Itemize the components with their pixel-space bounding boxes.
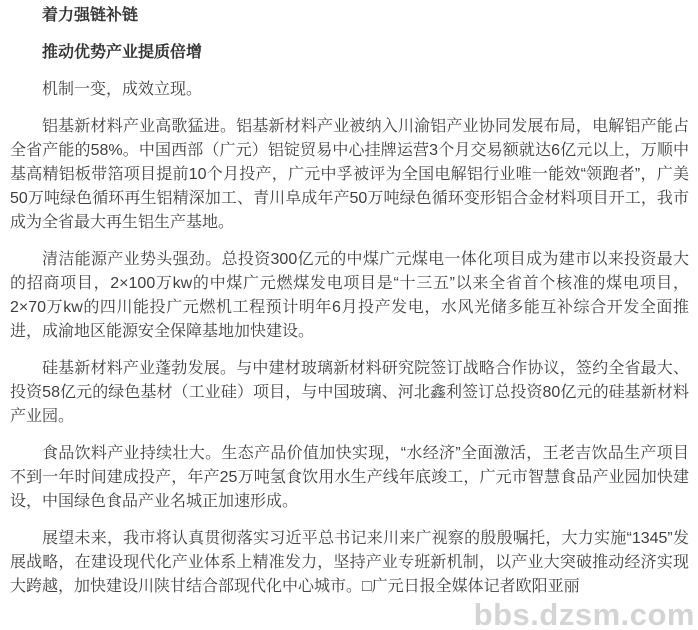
site-watermark: bbs.dzsm.com	[474, 597, 695, 630]
article-heading-line-1: 着力强链补链	[10, 4, 689, 28]
paragraph-clean-energy: 清洁能源产业势头强劲。总投资300亿元的中煤广元煤电一体化项目成为建市以来投资最…	[10, 248, 689, 344]
paragraph-intro: 机制一变，成效立现。	[10, 78, 689, 102]
paragraph-silicon-materials: 硅基新材料产业蓬勃发展。与中建材玻璃新材料研究院签订战略合作协议，签约全省最大、…	[10, 357, 689, 429]
article-page: bbs.dzsm.com 着力强链补链 推动优势产业提质倍增 机制一变，成效立现…	[0, 0, 698, 630]
paragraph-aluminum-industry: 铝基新材料产业高歌猛进。铝基新材料产业被纳入川渝铝产业协同发展布局，电解铝产能占…	[10, 115, 689, 235]
article-body: 着力强链补链 推动优势产业提质倍增 机制一变，成效立现。 铝基新材料产业高歌猛进…	[0, 0, 698, 599]
article-heading-line-2: 推动优势产业提质倍增	[10, 41, 689, 65]
paragraph-outlook-byline: 展望未来，我市将认真贯彻落实习近平总书记来川来广视察的殷殷嘱托，大力实施“134…	[10, 527, 689, 599]
paragraph-food-beverage: 食品饮料产业持续壮大。生态产品价值加快实现，“水经济”全面激活，王老吉饮品生产项…	[10, 442, 689, 514]
